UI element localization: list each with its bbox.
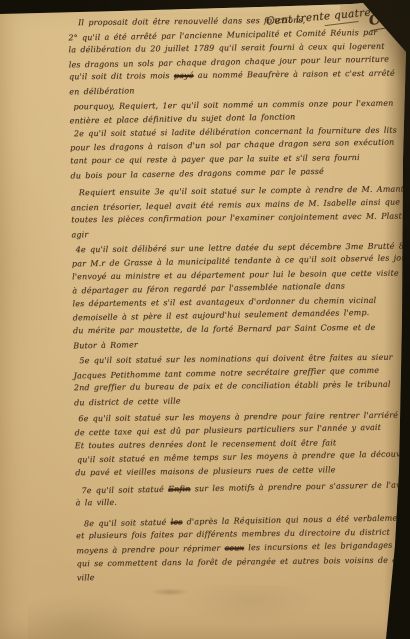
manuscript-page: Cent trente quatre Ch. Il proposait doit… — [0, 0, 410, 639]
scanned-manuscript-photo: Cent trente quatre Ch. Il proposait doit… — [0, 0, 410, 639]
paper-vignette — [0, 0, 410, 639]
